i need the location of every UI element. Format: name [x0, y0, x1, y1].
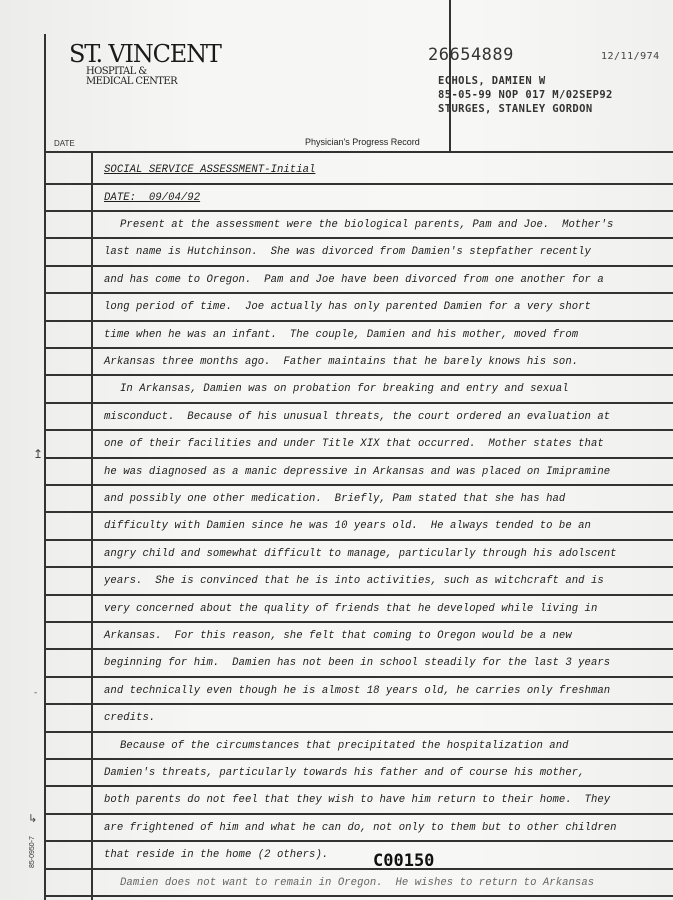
ruled-line: [44, 758, 673, 760]
note-line: In Arkansas, Damien was on probation for…: [120, 383, 569, 395]
note-line: Damien's threats, particularly towards h…: [104, 767, 585, 779]
note-line: Because of the circumstances that precip…: [120, 740, 569, 752]
header-divider-line: [449, 0, 451, 152]
ruled-line: [44, 484, 673, 486]
ruled-line: [44, 402, 673, 404]
ruled-line: [44, 511, 673, 513]
note-line: Damien does not want to remain in Oregon…: [120, 877, 594, 889]
note-line: and has come to Oregon. Pam and Joe have…: [104, 274, 604, 286]
hospital-logo-name: ST. VINCENT: [69, 42, 221, 66]
ruled-line: [44, 151, 673, 153]
ruled-line: [44, 539, 673, 541]
note-date: DATE: 09/04/92: [104, 192, 200, 204]
ruled-line: [44, 183, 673, 185]
patient-name: ECHOLS, DAMIEN W: [438, 75, 546, 87]
ruled-line: [44, 676, 673, 678]
ruled-line: [44, 785, 673, 787]
date-column-label: DATE: [54, 139, 75, 148]
note-line: Arkansas. For this reason, she felt that…: [104, 630, 572, 642]
ruled-line: [44, 292, 673, 294]
note-line: difficulty with Damien since he was 10 y…: [104, 520, 591, 532]
ruled-line: [44, 210, 673, 212]
note-line: and possibly one other medication. Brief…: [104, 493, 565, 505]
note-line: beginning for him. Damien has not been i…: [104, 657, 610, 669]
form-title: Physician's Progress Record: [305, 137, 420, 147]
ruled-line: [44, 703, 673, 705]
note-line: years. She is convinced that he is into …: [104, 575, 604, 587]
ruled-line: [44, 594, 673, 596]
note-line: one of their facilities and under Title …: [104, 438, 604, 450]
note-line: he was diagnosed as a manic depressive i…: [104, 466, 610, 478]
hospital-sub-line2: Medical Center: [86, 77, 177, 87]
note-line: misconduct. Because of his unusual threa…: [104, 411, 610, 423]
ruled-line: [44, 347, 673, 349]
margin-mark-arrow: ↥: [33, 447, 43, 461]
ruled-line: [44, 813, 673, 815]
ruled-line: [44, 648, 673, 650]
note-title: SOCIAL SERVICE ASSESSMENT-Initial: [104, 164, 315, 176]
note-line: long period of time. Joe actually has on…: [104, 301, 591, 313]
ruled-line: [44, 731, 673, 733]
ruled-line: [44, 457, 673, 459]
ruled-line: [44, 868, 673, 870]
note-line: that reside in the home (2 others).: [104, 849, 328, 861]
note-line: both parents do not feel that they wish …: [104, 794, 610, 806]
note-line: are frightened of him and what he can do…: [104, 822, 617, 834]
ruled-line: [44, 320, 673, 322]
note-line: and technically even though he is almost…: [104, 685, 610, 697]
margin-mark-dash: -: [34, 688, 37, 698]
patient-record-number: 26654889: [428, 45, 514, 65]
attending-physician: STURGES, STANLEY GORDON: [438, 103, 593, 115]
patient-admission-info: 85-05-99 NOP 017 M/02SEP92: [438, 89, 613, 101]
ruled-line: [44, 621, 673, 623]
left-border-line: [44, 34, 46, 900]
note-line: angry child and somewhat difficult to ma…: [104, 548, 617, 560]
hospital-logo-subtitle: Hospital & Medical Center: [86, 67, 177, 87]
ruled-line: [44, 237, 673, 239]
ruled-line: [44, 265, 673, 267]
margin-mark-tick: ↳: [28, 812, 37, 825]
note-line: credits.: [104, 712, 155, 724]
note-line: last name is Hutchinson. She was divorce…: [104, 246, 591, 258]
bates-stamp: C00150: [373, 851, 434, 871]
patient-birth-date: 12/11/974: [601, 51, 660, 62]
ruled-line: [44, 374, 673, 376]
note-line: Arkansas three months ago. Father mainta…: [104, 356, 578, 368]
form-number: 85-0950-7: [29, 836, 36, 868]
note-line: time when he was an infant. The couple, …: [104, 329, 578, 341]
progress-record-page: ST. VINCENT Hospital & Medical Center DA…: [0, 0, 673, 900]
ruled-line: [44, 566, 673, 568]
ruled-line: [44, 895, 673, 897]
ruled-line: [44, 429, 673, 431]
note-line: very concerned about the quality of frie…: [104, 603, 597, 615]
ruled-line: [44, 840, 673, 842]
note-line: Present at the assessment were the biolo…: [120, 219, 613, 231]
